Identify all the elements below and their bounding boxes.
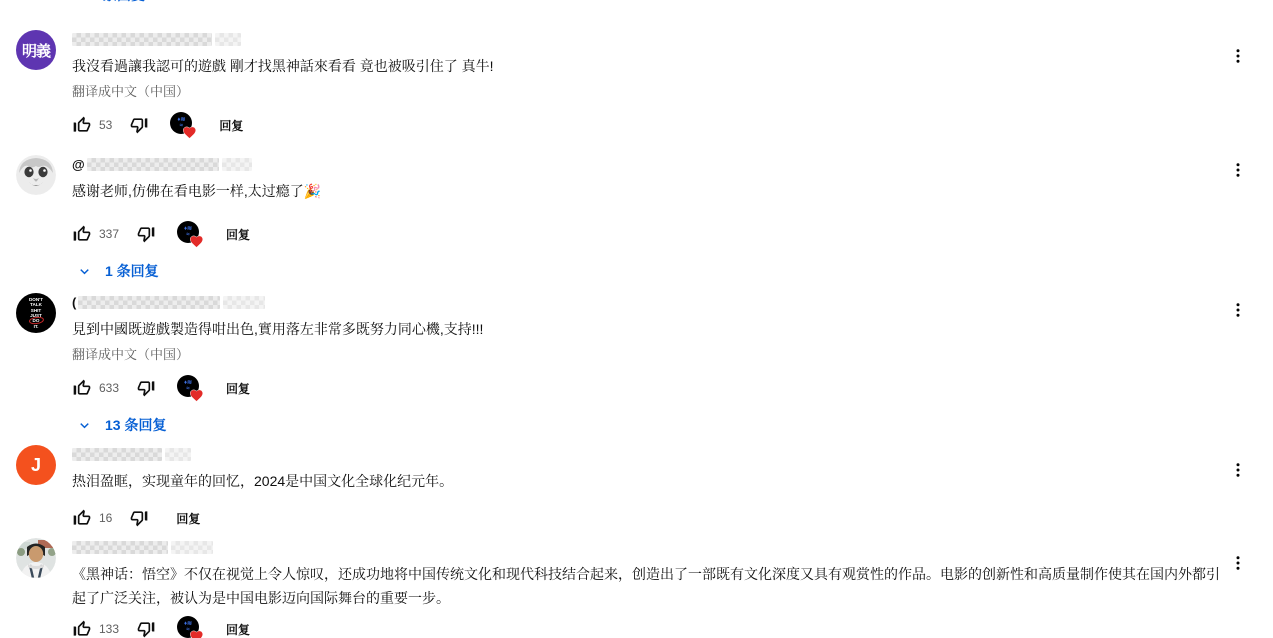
chevron-down-icon xyxy=(77,264,92,279)
thumb-up-icon xyxy=(72,224,92,244)
like-count: 133 xyxy=(99,622,119,636)
avatar-initials: 明義 xyxy=(22,40,50,61)
username-prefix: @ xyxy=(72,157,85,172)
redacted-username xyxy=(72,541,168,554)
comment-text: 《黑神话：悟空》不仅在视觉上令人惊叹，还成功地将中国传统文化和现代科技结合起来，… xyxy=(72,562,1227,610)
redacted-username-tail xyxy=(215,33,241,46)
dislike-button[interactable] xyxy=(136,224,156,244)
thumb-up-icon xyxy=(72,508,92,528)
redacted-username-tail xyxy=(223,296,265,309)
heart-icon xyxy=(189,388,204,403)
redacted-username xyxy=(72,33,212,46)
chevron-down-icon xyxy=(77,418,92,433)
like-count: 633 xyxy=(99,381,119,395)
like-button[interactable] xyxy=(72,508,92,528)
comment-thread: DON'T TALK SHIT JUST DO IT. ( 見到中國既遊戲製造得… xyxy=(16,293,1257,439)
reply-button[interactable]: 回复 xyxy=(170,510,206,527)
heart-icon xyxy=(189,234,204,249)
comment-thread: @ 感谢老师,仿佛在看电影一样,太过瘾了🎉 337 ♦≋≈ 回复 1 条回 xyxy=(16,155,1257,285)
redacted-username-tail xyxy=(165,448,191,461)
avatar-sticker-line: DO xyxy=(33,318,40,323)
replies-count-label: 1 条回复 xyxy=(105,261,159,281)
redacted-username-tail xyxy=(171,541,213,554)
kebab-icon xyxy=(1229,161,1247,179)
kebab-icon xyxy=(1229,554,1247,572)
comment-author[interactable] xyxy=(72,32,1227,47)
show-replies-button[interactable]: 13 条回复 xyxy=(72,411,172,439)
avatar-drawing xyxy=(16,155,56,195)
dislike-button[interactable] xyxy=(129,115,149,135)
comment-thread: 《黑神话：悟空》不仅在视觉上令人惊叹，还成功地将中国传统文化和现代科技结合起来，… xyxy=(16,538,1257,638)
kebab-icon xyxy=(1229,461,1247,479)
avatar[interactable]: J xyxy=(16,445,56,485)
comment-menu-button[interactable] xyxy=(1229,299,1247,321)
like-count: 53 xyxy=(99,118,112,132)
username-prefix: ( xyxy=(72,295,76,310)
thumb-down-icon xyxy=(129,115,149,135)
thumb-up-icon xyxy=(72,619,92,638)
dislike-button[interactable] xyxy=(136,619,156,638)
comment-actions: 633 ♦≋≈ 回复 xyxy=(72,373,1227,403)
thumb-up-icon xyxy=(72,115,92,135)
avatar[interactable]: DON'T TALK SHIT JUST DO IT. xyxy=(16,293,56,333)
dislike-button[interactable] xyxy=(129,508,149,528)
clipped-previous-replies-toggle[interactable]: 条回复 xyxy=(76,0,276,5)
avatar[interactable] xyxy=(16,155,56,195)
avatar-photo xyxy=(16,538,56,578)
creator-heart-badge[interactable]: ♦≋≈ xyxy=(177,616,203,638)
comment-author[interactable]: @ xyxy=(72,157,1227,172)
comment-thread: J 热泪盈眶，实现童年的回忆，2024是中国文化全球化纪元年。 16 回复 xyxy=(16,445,1257,533)
avatar-sticker-line: IT. xyxy=(34,324,39,329)
like-button[interactable] xyxy=(72,378,92,398)
dislike-button[interactable] xyxy=(136,378,156,398)
heart-icon xyxy=(182,125,197,140)
comment-actions: 337 ♦≋≈ 回复 xyxy=(72,219,1227,249)
redacted-username-tail xyxy=(222,158,252,171)
comment-text: 感谢老师,仿佛在看电影一样,太过瘾了🎉 xyxy=(72,179,1227,204)
reply-button[interactable]: 回复 xyxy=(220,380,256,397)
comment-actions: 133 ♦≋≈ 回复 xyxy=(72,614,1227,638)
chevron-down-icon xyxy=(76,0,91,3)
reply-button[interactable]: 回复 xyxy=(220,226,256,243)
translate-button[interactable]: 翻译成中文（中国） xyxy=(72,344,189,362)
avatar[interactable] xyxy=(16,538,56,578)
reply-button[interactable]: 回复 xyxy=(220,621,256,638)
comment-menu-button[interactable] xyxy=(1229,552,1247,574)
creator-heart-badge[interactable]: ♦≋≈ xyxy=(170,112,196,138)
redacted-username xyxy=(78,296,220,309)
heart-icon xyxy=(189,629,204,638)
like-button[interactable] xyxy=(72,224,92,244)
replies-toggle-label: 条回复 xyxy=(103,0,145,5)
comment-author[interactable] xyxy=(72,447,1227,462)
comment-author[interactable]: ( xyxy=(72,295,1227,310)
reply-button[interactable]: 回复 xyxy=(213,117,249,134)
thumb-down-icon xyxy=(129,508,149,528)
thumb-down-icon xyxy=(136,224,156,244)
like-count: 16 xyxy=(99,511,112,525)
kebab-icon xyxy=(1229,47,1247,65)
like-button[interactable] xyxy=(72,619,92,638)
redacted-username xyxy=(87,158,219,171)
comment-actions: 16 回复 xyxy=(72,503,1227,533)
creator-heart-badge[interactable]: ♦≋≈ xyxy=(177,221,203,247)
thumb-down-icon xyxy=(136,378,156,398)
comment-menu-button[interactable] xyxy=(1229,159,1247,181)
comment-text: 热泪盈眶，实现童年的回忆，2024是中国文化全球化纪元年。 xyxy=(72,469,1227,494)
avatar[interactable]: 明義 xyxy=(16,30,56,70)
like-count: 337 xyxy=(99,227,119,241)
comment-text: 見到中國既遊戲製造得咁出色,實用落左非常多既努力同心機,支持!!! xyxy=(72,317,1227,342)
show-replies-button[interactable]: 1 条回复 xyxy=(72,257,165,285)
kebab-icon xyxy=(1229,301,1247,319)
comment-actions: 53 ♦≋≈ 回复 xyxy=(72,110,1227,140)
creator-heart-badge[interactable]: ♦≋≈ xyxy=(177,375,203,401)
translate-button[interactable]: 翻译成中文（中国） xyxy=(72,81,189,99)
thumb-up-icon xyxy=(72,378,92,398)
replies-count-label: 13 条回复 xyxy=(105,415,166,435)
redacted-username xyxy=(72,448,162,461)
comment-menu-button[interactable] xyxy=(1229,45,1247,67)
comment-menu-button[interactable] xyxy=(1229,459,1247,481)
avatar-initials: J xyxy=(31,455,41,476)
comment-text: 我沒看過讓我認可的遊戲 剛才找黑神話來看看 竟也被吸引住了 真牛! xyxy=(72,54,1227,79)
thumb-down-icon xyxy=(136,619,156,638)
comment-thread: 明義 我沒看過讓我認可的遊戲 剛才找黑神話來看看 竟也被吸引住了 真牛! 翻译成… xyxy=(16,30,1257,140)
comment-author[interactable] xyxy=(72,540,1227,555)
like-button[interactable] xyxy=(72,115,92,135)
